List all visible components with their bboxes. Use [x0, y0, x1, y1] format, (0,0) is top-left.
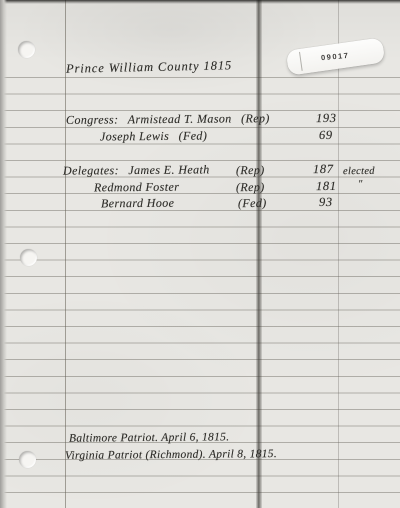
catalog-number: 09017: [321, 51, 350, 62]
candidate-row: Congress: Armistead T. Mason (Rep): [66, 111, 270, 128]
punch-hole-top: [18, 41, 35, 58]
candidate-name: Joseph Lewis: [100, 129, 169, 144]
office-label: Congress:: [66, 112, 119, 126]
ditto-mark: ": [358, 179, 363, 190]
party-label: (Rep): [236, 163, 265, 178]
candidate-name: James E. Heath: [128, 162, 209, 177]
party-label: (Fed): [178, 129, 207, 143]
candidate-row: Delegates: James E. Heath: [63, 162, 210, 178]
scan-top-edge: [0, 0, 400, 4]
elected-note: elected: [343, 166, 375, 177]
candidate-row: Bernard Hooe: [101, 196, 174, 212]
county-year-title: Prince William County 1815: [66, 58, 232, 76]
spine-shadow-line: [256, 0, 262, 508]
vote-count: 93: [319, 195, 333, 210]
punch-hole-middle: [20, 249, 37, 266]
vote-count: 187: [313, 162, 334, 177]
source-citation: Baltimore Patriot. April 6, 1815.: [69, 431, 229, 444]
candidate-name: Bernard Hooe: [101, 196, 174, 211]
office-label: Delegates:: [63, 163, 119, 177]
candidate-name: Redmond Foster: [94, 180, 179, 195]
notebook-page-scan: 09017 Prince William County 1815 Congres…: [0, 0, 400, 508]
candidate-name: Armistead T. Mason: [128, 111, 232, 126]
candidate-row: Joseph Lewis (Fed): [100, 129, 207, 145]
party-label: (Rep): [241, 111, 270, 125]
party-label: (Rep): [236, 180, 265, 195]
vote-count: 193: [316, 111, 337, 126]
catalog-sticker: 09017: [286, 37, 386, 75]
sticker-crease: [299, 52, 303, 71]
source-citation: Virginia Patriot (Richmond). April 8, 18…: [65, 448, 277, 462]
punch-hole-bottom: [19, 451, 36, 468]
vote-count: 69: [319, 128, 333, 143]
column-line: [338, 0, 339, 508]
vote-count: 181: [316, 179, 337, 194]
party-label: (Fed): [238, 196, 267, 211]
scan-left-edge: [0, 0, 7, 508]
candidate-row: Redmond Foster: [94, 180, 179, 196]
